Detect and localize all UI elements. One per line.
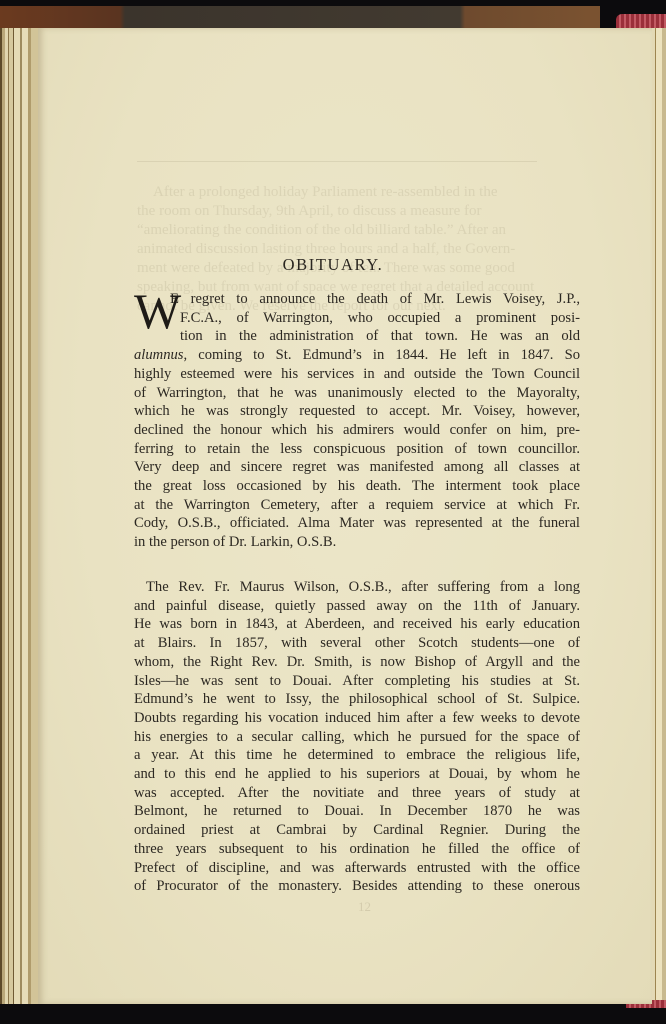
dropcap-block: W E regret to announce the death of Mr. … [134, 290, 580, 346]
text-line: alumnus, coming to St. Edmund’s in 1844.… [134, 346, 580, 365]
text-line: and to this end he applied to his superi… [134, 765, 580, 784]
text-line: Edmund’s he went to Issy, the philosophi… [134, 690, 580, 709]
text-line: tion in the administration of that town.… [134, 327, 580, 346]
text-line: F.C.A., of Warrington, who occupied a pr… [134, 309, 580, 328]
text-line: in the person of Dr. Larkin, O.S.B. [134, 533, 580, 552]
show-through-folio: 12 [358, 899, 371, 915]
text-line: Isles—he was sent to Douai. After comple… [134, 672, 580, 691]
text-line: three years subsequent to his ordination… [134, 840, 580, 859]
text-line: The Rev. Fr. Maurus Wilson, O.S.B., afte… [134, 578, 580, 597]
text-line: at Blairs. In 1857, with several other S… [134, 634, 580, 653]
book-cover-top-edge [0, 6, 600, 29]
text-line: highly esteemed were his services in and… [134, 365, 580, 384]
drop-cap: W [134, 291, 181, 331]
text-line: He was born in 1843, at Aberdeen, and re… [134, 615, 580, 634]
text-line: of Procurator of the monastery. Besides … [134, 877, 580, 896]
text-line: declined the honour which his admirers w… [134, 421, 580, 440]
text-line: at the Warrington Cemetery, after a requ… [134, 496, 580, 515]
page-stack-right [652, 28, 666, 1004]
obituary-paragraph-voisey: W E regret to announce the death of Mr. … [134, 290, 580, 552]
text-line: was accepted. After the novitiate and th… [134, 784, 580, 803]
text-line: ordained priest at Cambrai by Cardinal R… [134, 821, 580, 840]
text-line: his energies to a secular calling, which… [134, 728, 580, 747]
text-line: and painful disease, quietly passed away… [134, 597, 580, 616]
page-title: OBITUARY. [0, 255, 666, 275]
text-line: the great loss occasioned by his death. … [134, 477, 580, 496]
italic-word: alumnus [134, 347, 183, 363]
text-line: which he was strongly requested to accep… [134, 402, 580, 421]
text-line: Belmont, he returned to Douai. In Decemb… [134, 802, 580, 821]
text-line: Prefect of discipline, and was afterward… [134, 859, 580, 878]
text-line: E regret to announce the death of Mr. Le… [134, 290, 580, 309]
text-line: Very deep and sincere regret was manifes… [134, 458, 580, 477]
text-line: of Warrington, that he was unanimously e… [134, 384, 580, 403]
text-line: ferring to retain the less conspicuous p… [134, 440, 580, 459]
text-fragment: , coming to St. Edmund’s in 1844. He lef… [183, 347, 580, 363]
page-stack-left [0, 28, 38, 1004]
text-line: whom, the Right Rev. Dr. Smith, is now B… [134, 653, 580, 672]
text-line: Doubts regarding his vocation induced hi… [134, 709, 580, 728]
text-line: Cody, O.S.B., officiated. Alma Mater was… [134, 514, 580, 533]
obituary-paragraph-wilson: The Rev. Fr. Maurus Wilson, O.S.B., afte… [134, 578, 580, 896]
text-line: a year. At this time he determined to em… [134, 746, 580, 765]
